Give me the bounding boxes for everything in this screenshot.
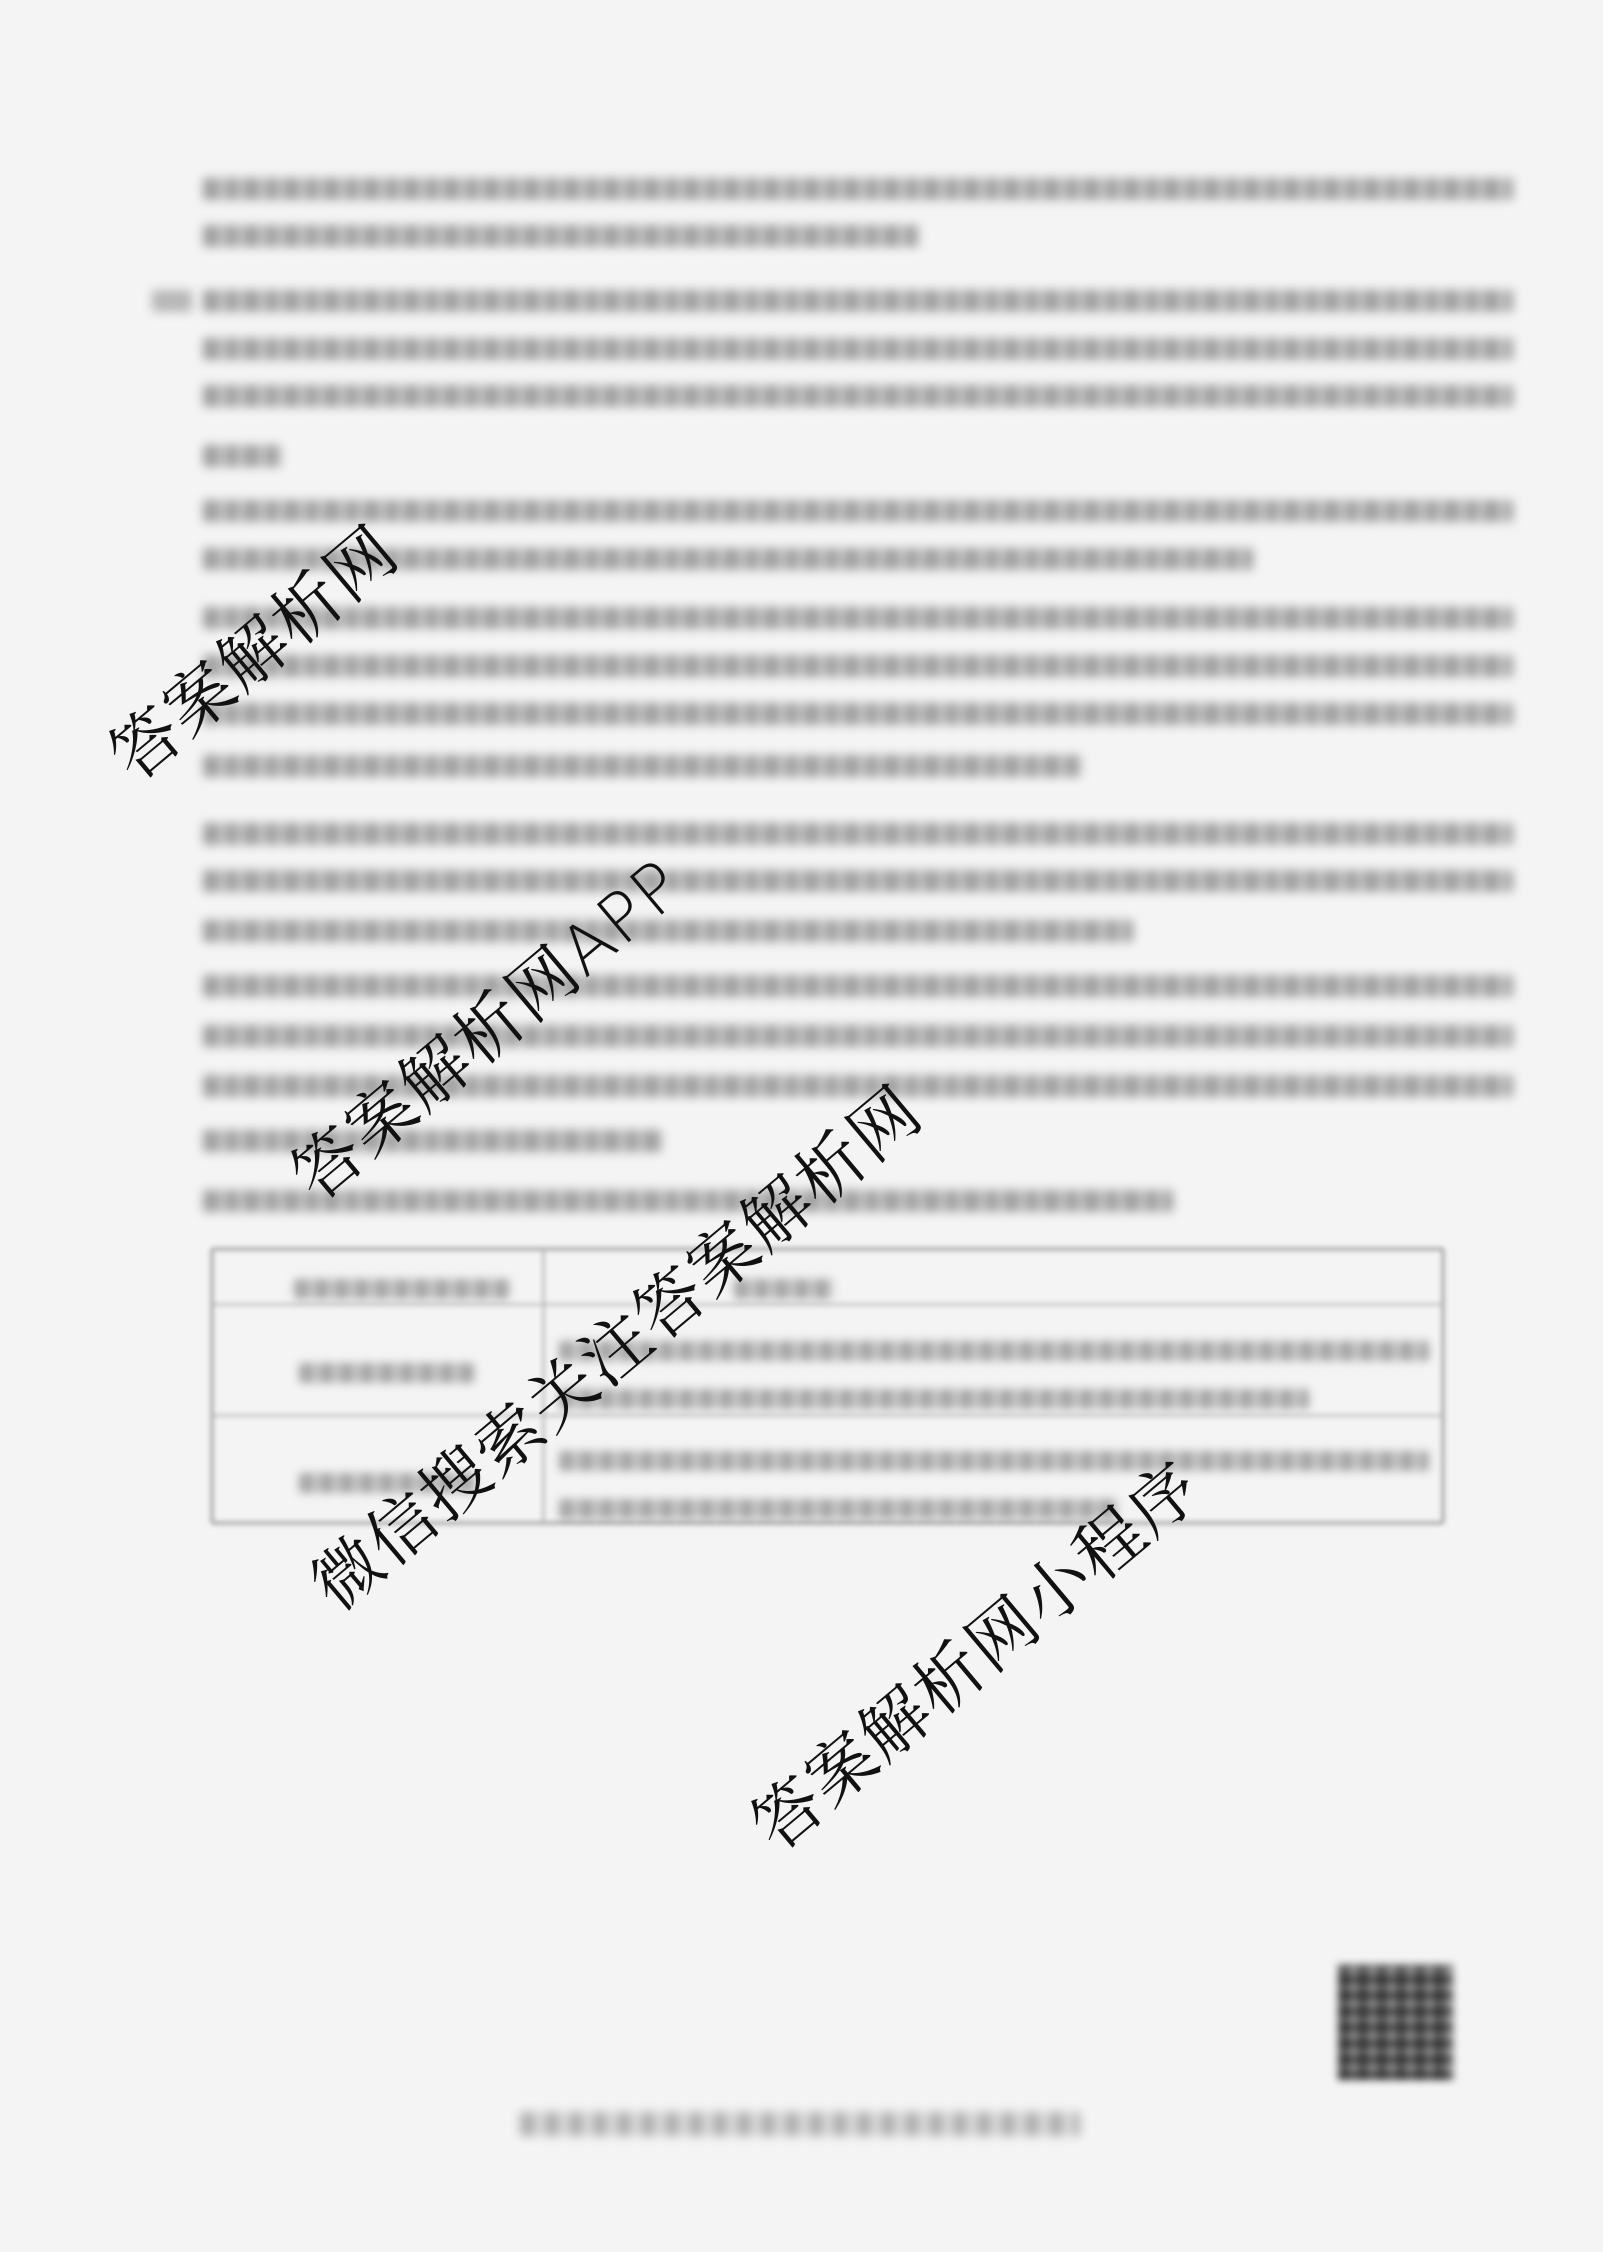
text-line xyxy=(203,338,1513,360)
text-line xyxy=(203,500,1513,522)
text-line xyxy=(203,385,1513,407)
text-line xyxy=(203,870,1513,892)
table-header-divider xyxy=(214,1303,1441,1306)
table-column-divider xyxy=(542,1251,545,1521)
text-line xyxy=(203,823,1513,845)
text-line xyxy=(203,755,1083,777)
text-line xyxy=(203,1025,1513,1047)
text-line xyxy=(203,225,918,247)
text-line xyxy=(203,975,1513,997)
answer-table xyxy=(210,1247,1445,1525)
table-cell-text xyxy=(294,1279,509,1299)
text-line xyxy=(203,445,283,467)
document-page: 答案解析网答案解析网APP微信搜索关注答案解析网答案解析网小程序 xyxy=(0,0,1603,2252)
table-cell-text xyxy=(299,1473,474,1493)
text-line xyxy=(203,1190,1173,1212)
table-cell-text xyxy=(734,1279,834,1299)
question-number xyxy=(152,290,192,312)
text-line xyxy=(203,290,1513,312)
text-line xyxy=(203,607,1513,629)
table-cell-text xyxy=(559,1341,1429,1361)
qr-code xyxy=(1338,1965,1453,2080)
text-line xyxy=(203,178,1513,200)
table-cell-text xyxy=(299,1363,474,1383)
table-cell-text xyxy=(559,1499,1119,1519)
text-line xyxy=(203,655,1513,677)
table-cell-text xyxy=(559,1389,1309,1409)
text-line xyxy=(203,1130,663,1152)
table-cell-text xyxy=(559,1451,1429,1471)
text-line xyxy=(203,1075,1513,1097)
text-line xyxy=(203,548,1253,570)
table-row-divider xyxy=(214,1414,1441,1417)
text-line xyxy=(203,920,1133,942)
page-footer xyxy=(520,2112,1080,2136)
text-line xyxy=(203,703,1513,725)
